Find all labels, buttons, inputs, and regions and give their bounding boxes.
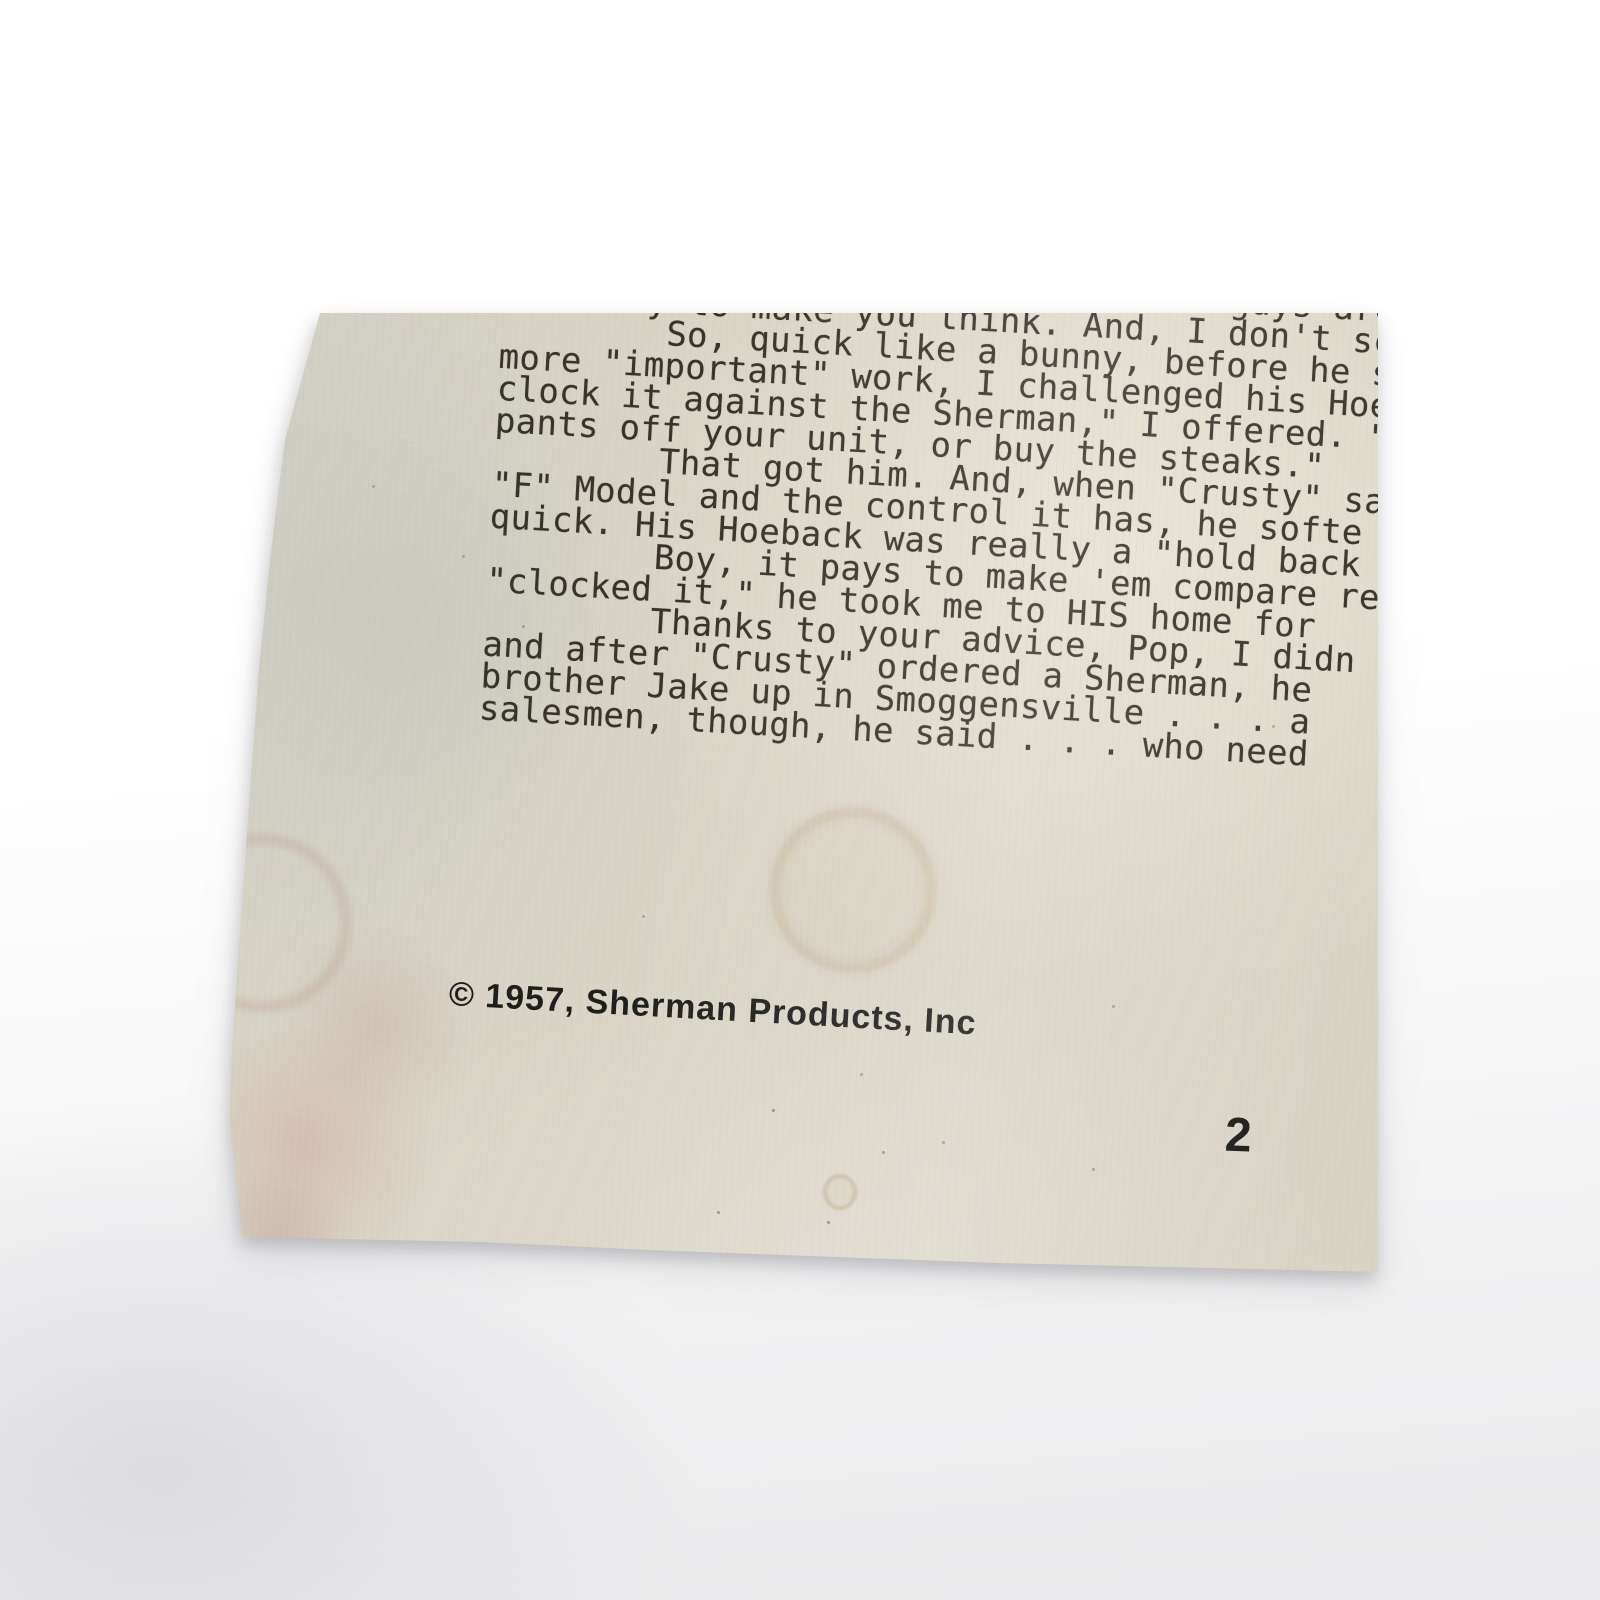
- small-spot-stain: [823, 1174, 857, 1210]
- document-photo: guys aren't ne y to make you think. And,…: [0, 0, 1600, 1600]
- typed-text-block: guys aren't ne y to make you think. And,…: [478, 313, 1378, 808]
- copyright-line: © 1957, Sherman Products, Inc: [448, 975, 978, 1043]
- paper-surface: guys aren't ne y to make you think. And,…: [230, 313, 1378, 1272]
- coffee-ring-stain: [770, 807, 936, 973]
- paper-sheet: guys aren't ne y to make you think. And,…: [230, 313, 1378, 1272]
- page-number: 2: [1224, 1108, 1253, 1164]
- edge-ring-stain: [230, 833, 352, 1013]
